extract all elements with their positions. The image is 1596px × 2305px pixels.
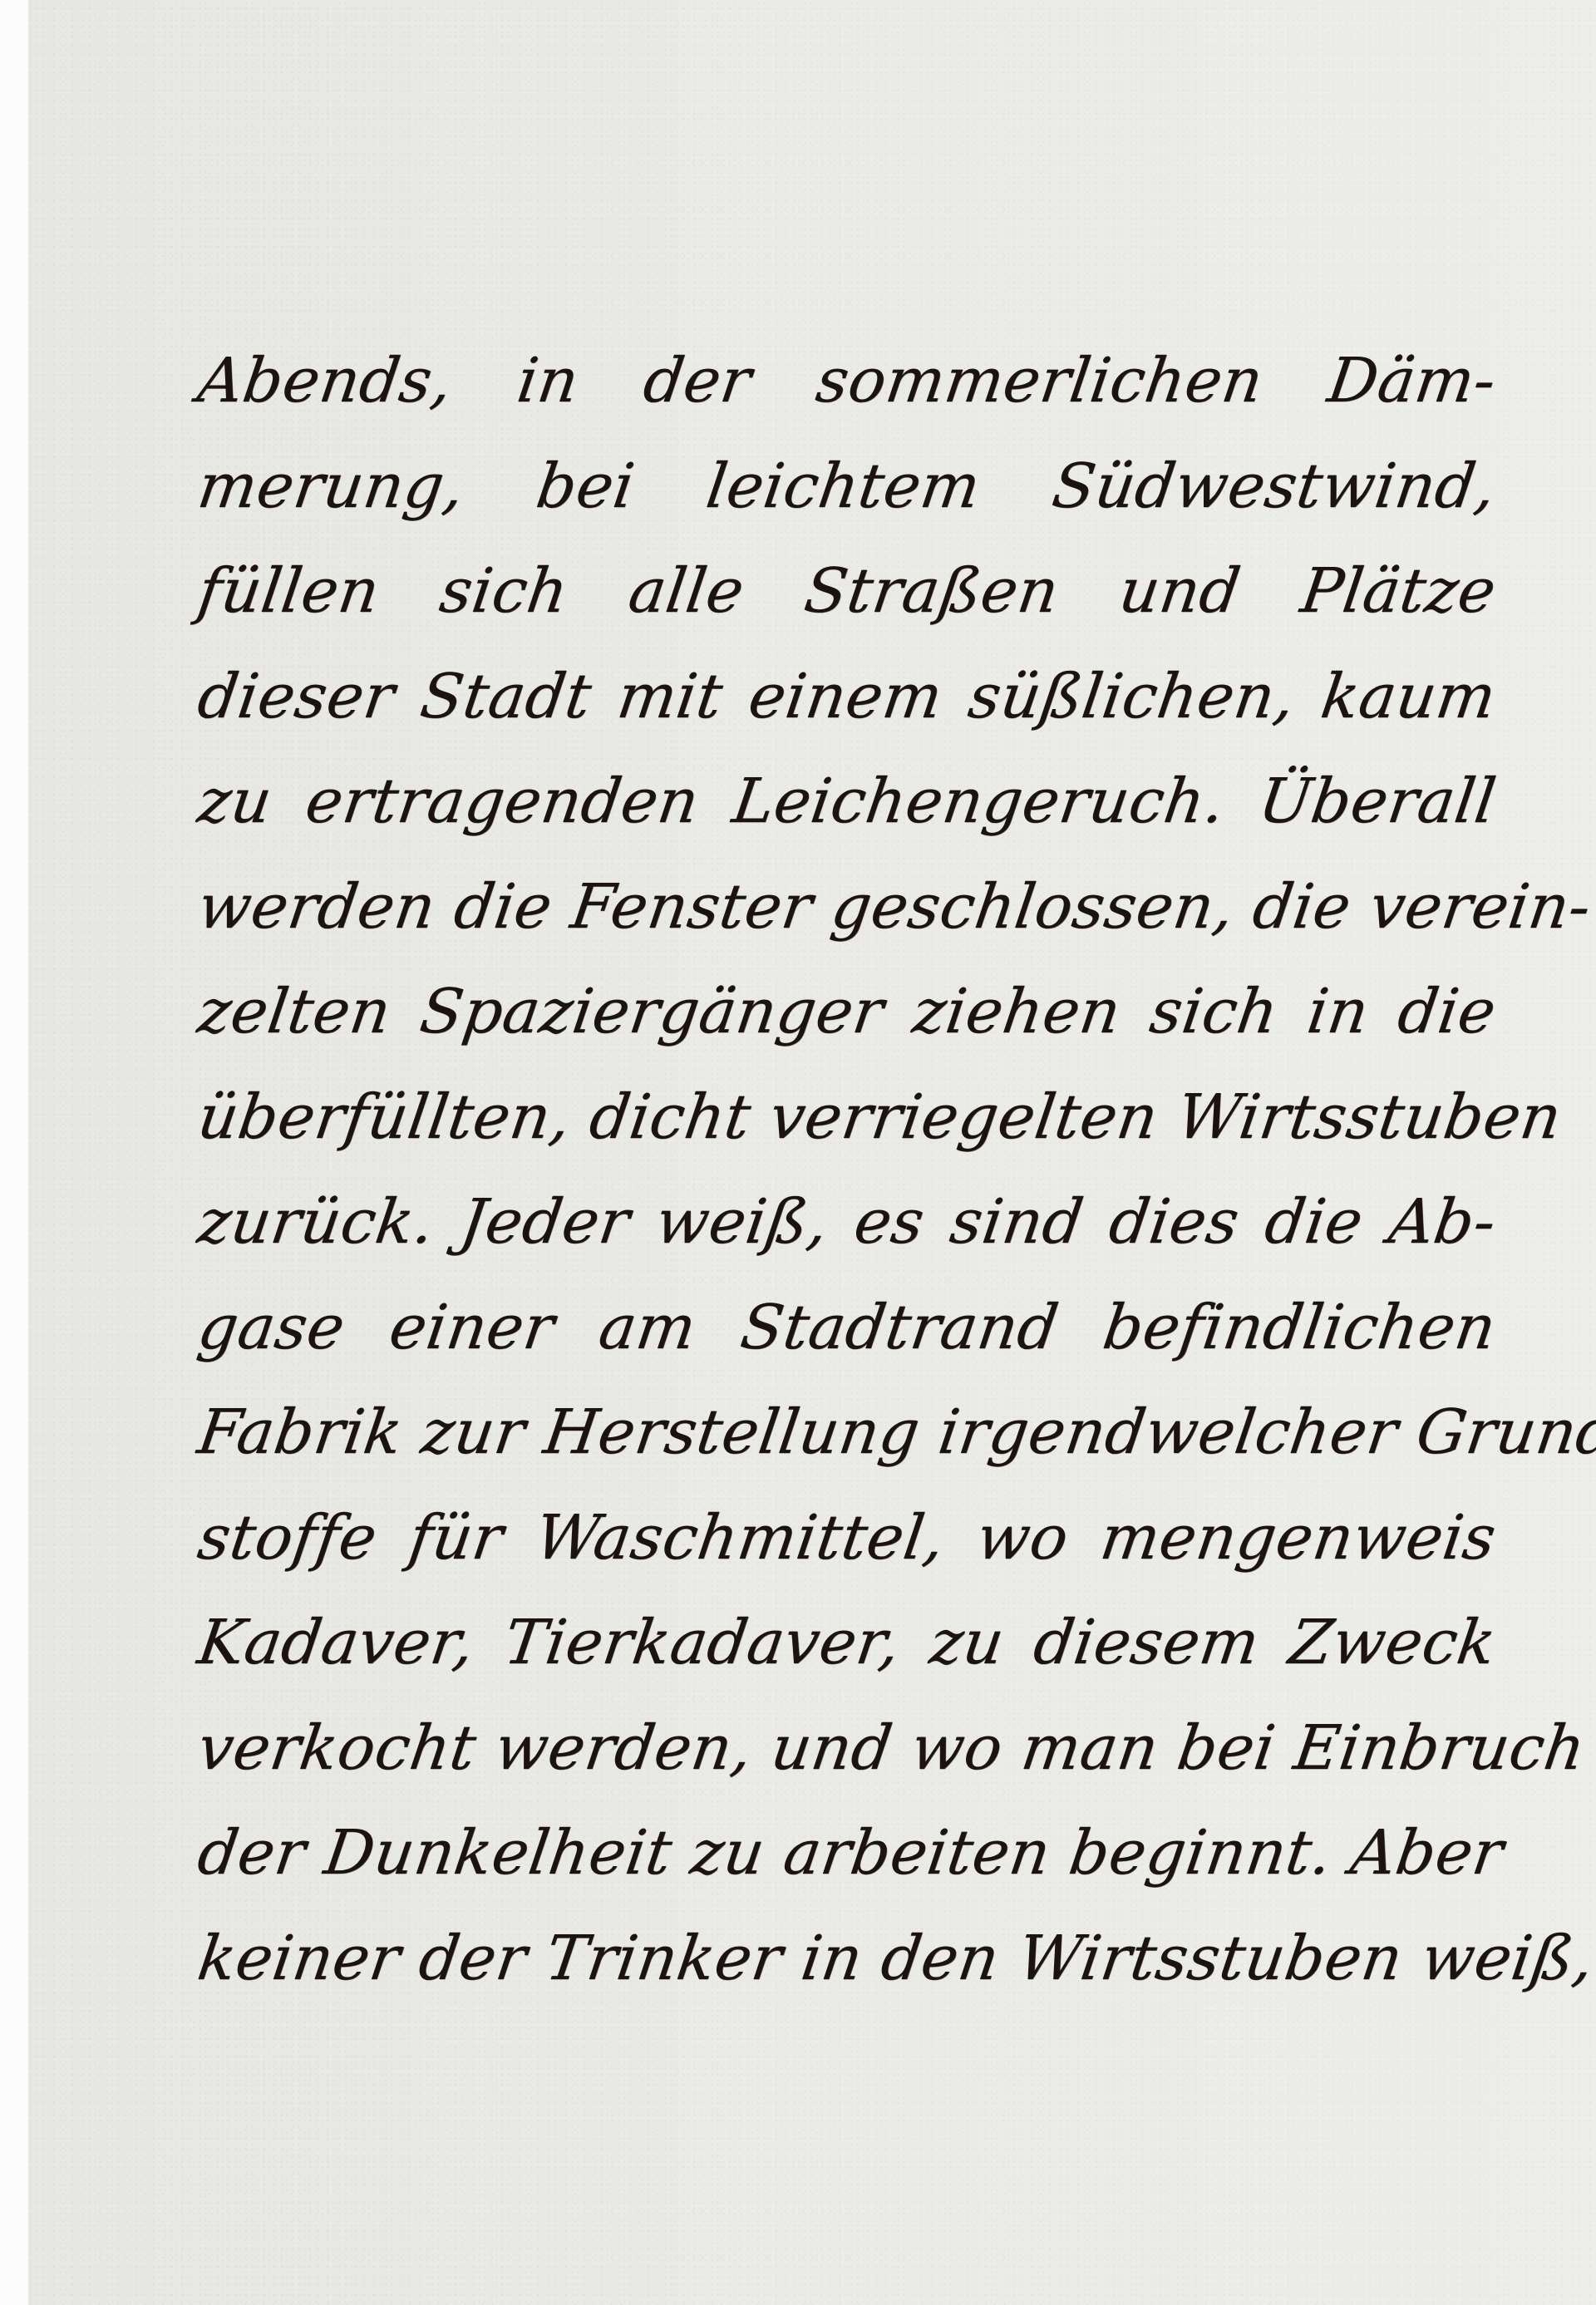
text-line-11: Fabrik zur Herstellung irgendwelcher Gru… bbox=[191, 1380, 1503, 1485]
text-line-12: stoffe für Waschmittel, wo mengenweis bbox=[191, 1485, 1503, 1591]
text-line-6: werden die Fenster geschlossen, die vere… bbox=[191, 855, 1503, 960]
text-line-5: zu ertragenden Leichengeruch. Überall bbox=[191, 749, 1503, 855]
text-line-3: füllen sich alle Straßen und Plätze bbox=[191, 539, 1503, 644]
text-line-2: merung, bei leichtem Südwestwind, bbox=[191, 434, 1503, 539]
handwritten-text-block: Abends, in der sommerlichen Däm- merung,… bbox=[191, 328, 1488, 2011]
text-line-15: der Dunkelheit zu arbeiten beginnt. Aber bbox=[191, 1800, 1503, 1906]
text-line-9: zurück. Jeder weiß, es sind dies die Ab- bbox=[191, 1170, 1503, 1275]
text-line-1: Abends, in der sommerlichen Däm- bbox=[191, 328, 1503, 434]
text-line-4: dieser Stadt mit einem süßlichen, kaum bbox=[191, 644, 1503, 750]
text-line-16: keiner der Trinker in den Wirtsstuben we… bbox=[191, 1906, 1503, 2012]
text-line-10: gase einer am Stadtrand befindlichen bbox=[191, 1275, 1503, 1381]
text-line-13: Kadaver, Tierkadaver, zu diesem Zweck bbox=[191, 1590, 1503, 1696]
text-line-14: verkocht werden, und wo man bei Einbruch bbox=[191, 1696, 1503, 1801]
text-line-7: zelten Spaziergänger ziehen sich in die bbox=[191, 959, 1503, 1065]
text-line-8: überfüllten, dicht verriegelten Wirtsstu… bbox=[191, 1065, 1503, 1170]
manuscript-page: Abends, in der sommerlichen Däm- merung,… bbox=[28, 0, 1596, 2305]
